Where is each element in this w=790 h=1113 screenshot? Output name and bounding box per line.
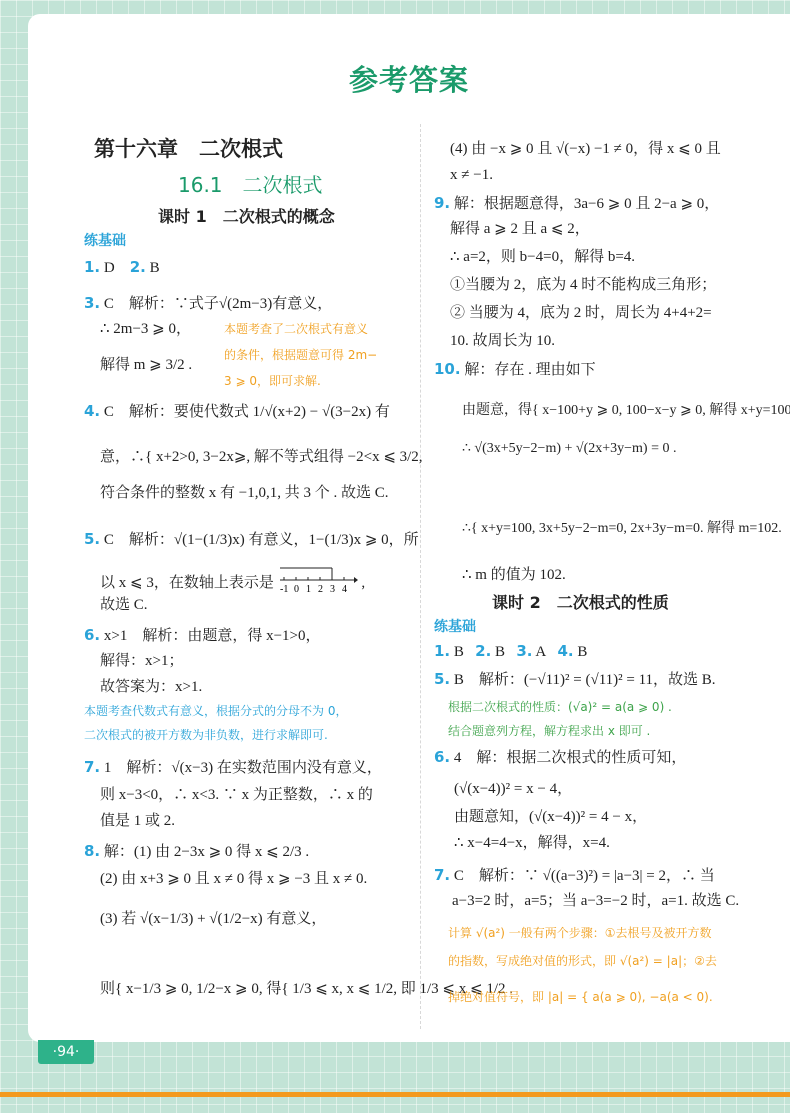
q9-line-5: ② 当腰为 4，底为 2 时，周长为 4+4+2=	[450, 300, 712, 326]
q5-text: C 解析：√(1−(1/3)x) 有意义，1−(1/3)x ⩾ 0，所	[104, 532, 419, 548]
chapter-heading: 第十六章 二次根式	[94, 136, 283, 162]
svg-text:0: 0	[294, 584, 299, 594]
question-number: 4.	[84, 402, 100, 420]
answer: D	[104, 260, 115, 276]
question-number: 3.	[84, 294, 100, 312]
lesson-2-heading: 课时 2 二次根式的性质	[492, 590, 669, 616]
bottom-accent-bar	[0, 1092, 790, 1097]
q5-line-3: 故选 C.	[100, 592, 148, 618]
q3-note-line-3: 3 ⩾ 0，即可求解.	[224, 368, 321, 394]
q5-text: 以 x ⩽ 3，在数轴上表示是	[100, 575, 274, 591]
column-divider	[420, 124, 421, 1029]
answer-1-4: 1. B 2. B 3. A 4. B	[434, 638, 587, 665]
q7b-line-1: 7. C 解析：∵ √((a−3)²) = |a−3| = 2，∴ 当	[434, 862, 715, 889]
q6-note-line-2: 二次根式的被开方数为非负数，进行求解即可.	[84, 722, 328, 748]
question-number: 2.	[475, 642, 491, 660]
svg-text:4: 4	[342, 584, 347, 594]
q4-line-3: 符合条件的整数 x 有 −1,0,1, 共 3 个 . 故选 C.	[100, 480, 388, 506]
q10-line-4: ∴{ x+y=100, 3x+5y−2−m=0, 2x+3y−m=0. 解得 m…	[462, 516, 782, 542]
q6b-line-3: 由题意知，(√(x−4))² = 4 − x，	[454, 804, 647, 830]
q9-line-4: ①当腰为 2，底为 4 时不能构成三角形；	[450, 272, 716, 298]
q4-line-2: 意，∴{ x+2>0, 3−2x⩾, 解不等式组得 −2<x ⩽ 3/2,	[100, 444, 423, 470]
answer: A	[535, 644, 546, 660]
q3-line-3: 解得 m ⩾ 3/2 .	[100, 352, 192, 378]
q4-line-1: 4. C 解析：要使代数式 1/√(x+2) − √(3−2x) 有	[84, 398, 390, 425]
q3-text: C 解析：∵式子√(2m−3)有意义，	[104, 296, 332, 312]
svg-text:3: 3	[330, 584, 335, 594]
q6b-line-4: ∴ x−4=4−x，解得，x=4.	[454, 830, 610, 856]
svg-text:-1: -1	[280, 584, 288, 594]
q4-text: C 解析：要使代数式 1/√(x+2) − √(3−2x) 有	[104, 404, 390, 420]
question-number: 7.	[84, 758, 100, 776]
q7b-text: C 解析：∵ √((a−3)²) = |a−3| = 2，∴ 当	[454, 868, 715, 884]
q10-line-5: ∴ m 的值为 102.	[462, 562, 566, 588]
q3-line-1: 3. C 解析：∵式子√(2m−3)有意义，	[84, 290, 332, 317]
practice-label: 练基础	[84, 228, 126, 254]
q8-4-line-2: x ≠ −1.	[450, 162, 493, 188]
q7-line-1: 7. 1 解析：√(x−3) 在实数范围内没有意义，	[84, 754, 382, 781]
q3-line-2: ∴ 2m−3 ⩾ 0，	[100, 316, 191, 342]
question-number: 4.	[557, 642, 573, 660]
section-heading: 16.1 二次根式	[178, 172, 323, 198]
q7b-note-line-1: 计算 √(a²) 一般有两个步骤：①去根号及被开方数	[448, 920, 712, 946]
answer-page: 参考答案 第十六章 二次根式 16.1 二次根式 课时 1 二次根式的概念 练基…	[28, 14, 790, 1042]
q10-line-3: ∴ √(3x+5y−2−m) + √(2x+3y−m) = 0 .	[462, 436, 676, 462]
q6b-text: 4 解：根据二次根式的性质可知，	[454, 750, 687, 766]
q6b-line-2: (√(x−4))² = x − 4，	[454, 776, 572, 802]
q6-note-line-1: 本题考查代数式有意义，根据分式的分母不为 0，	[84, 698, 347, 724]
q8-line-2: (2) 由 x+3 ⩾ 0 且 x ≠ 0 得 x ⩾ −3 且 x ≠ 0.	[100, 866, 367, 892]
number-line: -1 0 1 2 3 4	[278, 564, 358, 603]
question-number: 2.	[130, 258, 146, 276]
q5b-text: B 解析：(−√11)² = (√11)² = 11，故选 B.	[454, 672, 716, 688]
question-number: 7.	[434, 866, 450, 884]
answer: B	[454, 644, 464, 660]
q5b-note-line-2: 结合题意列方程，解方程求出 x 即可 .	[448, 718, 650, 744]
q9-line-6: 10. 故周长为 10.	[450, 328, 555, 354]
q5b-line-1: 5. B 解析：(−√11)² = (√11)² = 11，故选 B.	[434, 666, 716, 693]
q7b-note-line-2: 的指数，写成绝对值的形式，即 √(a²) = |a|；②去	[448, 948, 717, 974]
q5b-note-line-1: 根据二次根式的性质：(√a)² = a(a ⩾ 0) .	[448, 694, 672, 720]
question-number: 5.	[434, 670, 450, 688]
svg-text:1: 1	[306, 584, 311, 594]
question-number: 10.	[434, 360, 461, 378]
question-number: 6.	[84, 626, 100, 644]
q6b-line-1: 6. 4 解：根据二次根式的性质可知，	[434, 744, 686, 771]
q8-4-line-1: (4) 由 −x ⩾ 0 且 √(−x) −1 ≠ 0，得 x ⩽ 0 且	[450, 136, 721, 162]
q7b-note-line-3: 掉绝对值符号，即 |a| = { a(a ⩾ 0), −a(a < 0).	[448, 984, 713, 1010]
q8-text: 解：(1) 由 2−3x ⩾ 0 得 x ⩽ 2/3 .	[104, 844, 309, 860]
q9-line-3: ∴ a=2，则 b−4=0，解得 b=4.	[450, 244, 635, 270]
q7b-line-2: a−3=2 时，a=5；当 a−3=−2 时，a=1. 故选 C.	[452, 888, 739, 914]
q9-line-1: 9. 解：根据题意得，3a−6 ⩾ 0 且 2−a ⩾ 0，	[434, 190, 719, 217]
lesson-heading: 课时 1 二次根式的概念	[158, 204, 335, 230]
q6-line-2: 解得：x>1；	[100, 648, 183, 674]
practice-label-2: 练基础	[434, 614, 476, 640]
q6-line-3: 故答案为：x>1.	[100, 674, 202, 700]
q9-text: 解：根据题意得，3a−6 ⩾ 0 且 2−a ⩾ 0，	[454, 196, 719, 212]
q3-note-line-2: 的条件，根据题意可得 2m−	[224, 342, 377, 368]
question-number: 5.	[84, 530, 100, 548]
svg-text:2: 2	[318, 584, 323, 594]
question-number: 9.	[434, 194, 450, 212]
q7-line-2: 则 x−3<0，∴ x<3. ∵ x 为正整数，∴ x 的	[100, 782, 373, 808]
q6-line-1: 6. x>1 解析：由题意，得 x−1>0，	[84, 622, 321, 649]
answer: B	[495, 644, 505, 660]
q8-line-1: 8. 解：(1) 由 2−3x ⩾ 0 得 x ⩽ 2/3 .	[84, 838, 309, 865]
q7-line-3: 值是 1 或 2.	[100, 808, 175, 834]
q10-text: 解：存在 . 理由如下	[464, 362, 595, 378]
answer-1-2: 1. D 2. B	[84, 254, 160, 281]
question-number: 8.	[84, 842, 100, 860]
q3-note-line-1: 本题考查了二次根式有意义	[224, 316, 368, 342]
question-number: 1.	[434, 642, 450, 660]
q7-text: 1 解析：√(x−3) 在实数范围内没有意义，	[104, 760, 382, 776]
answer: B	[577, 644, 587, 660]
q10-line-2: 由题意，得{ x−100+y ⩾ 0, 100−x−y ⩾ 0, 解得 x+y=…	[462, 398, 790, 424]
q5-line-1: 5. C 解析：√(1−(1/3)x) 有意义，1−(1/3)x ⩾ 0，所	[84, 526, 419, 553]
q9-line-2: 解得 a ⩾ 2 且 a ⩽ 2，	[450, 216, 590, 242]
page-title: 参考答案	[28, 58, 790, 99]
question-number: 6.	[434, 748, 450, 766]
q10-line-1: 10. 解：存在 . 理由如下	[434, 356, 596, 383]
q8-line-3: (3) 若 √(x−1/3) + √(1/2−x) 有意义，	[100, 906, 326, 932]
page-number: ·94·	[38, 1040, 94, 1064]
answer: B	[150, 260, 160, 276]
question-number: 3.	[516, 642, 532, 660]
question-number: 1.	[84, 258, 100, 276]
q6-text: x>1 解析：由题意，得 x−1>0，	[104, 628, 321, 644]
